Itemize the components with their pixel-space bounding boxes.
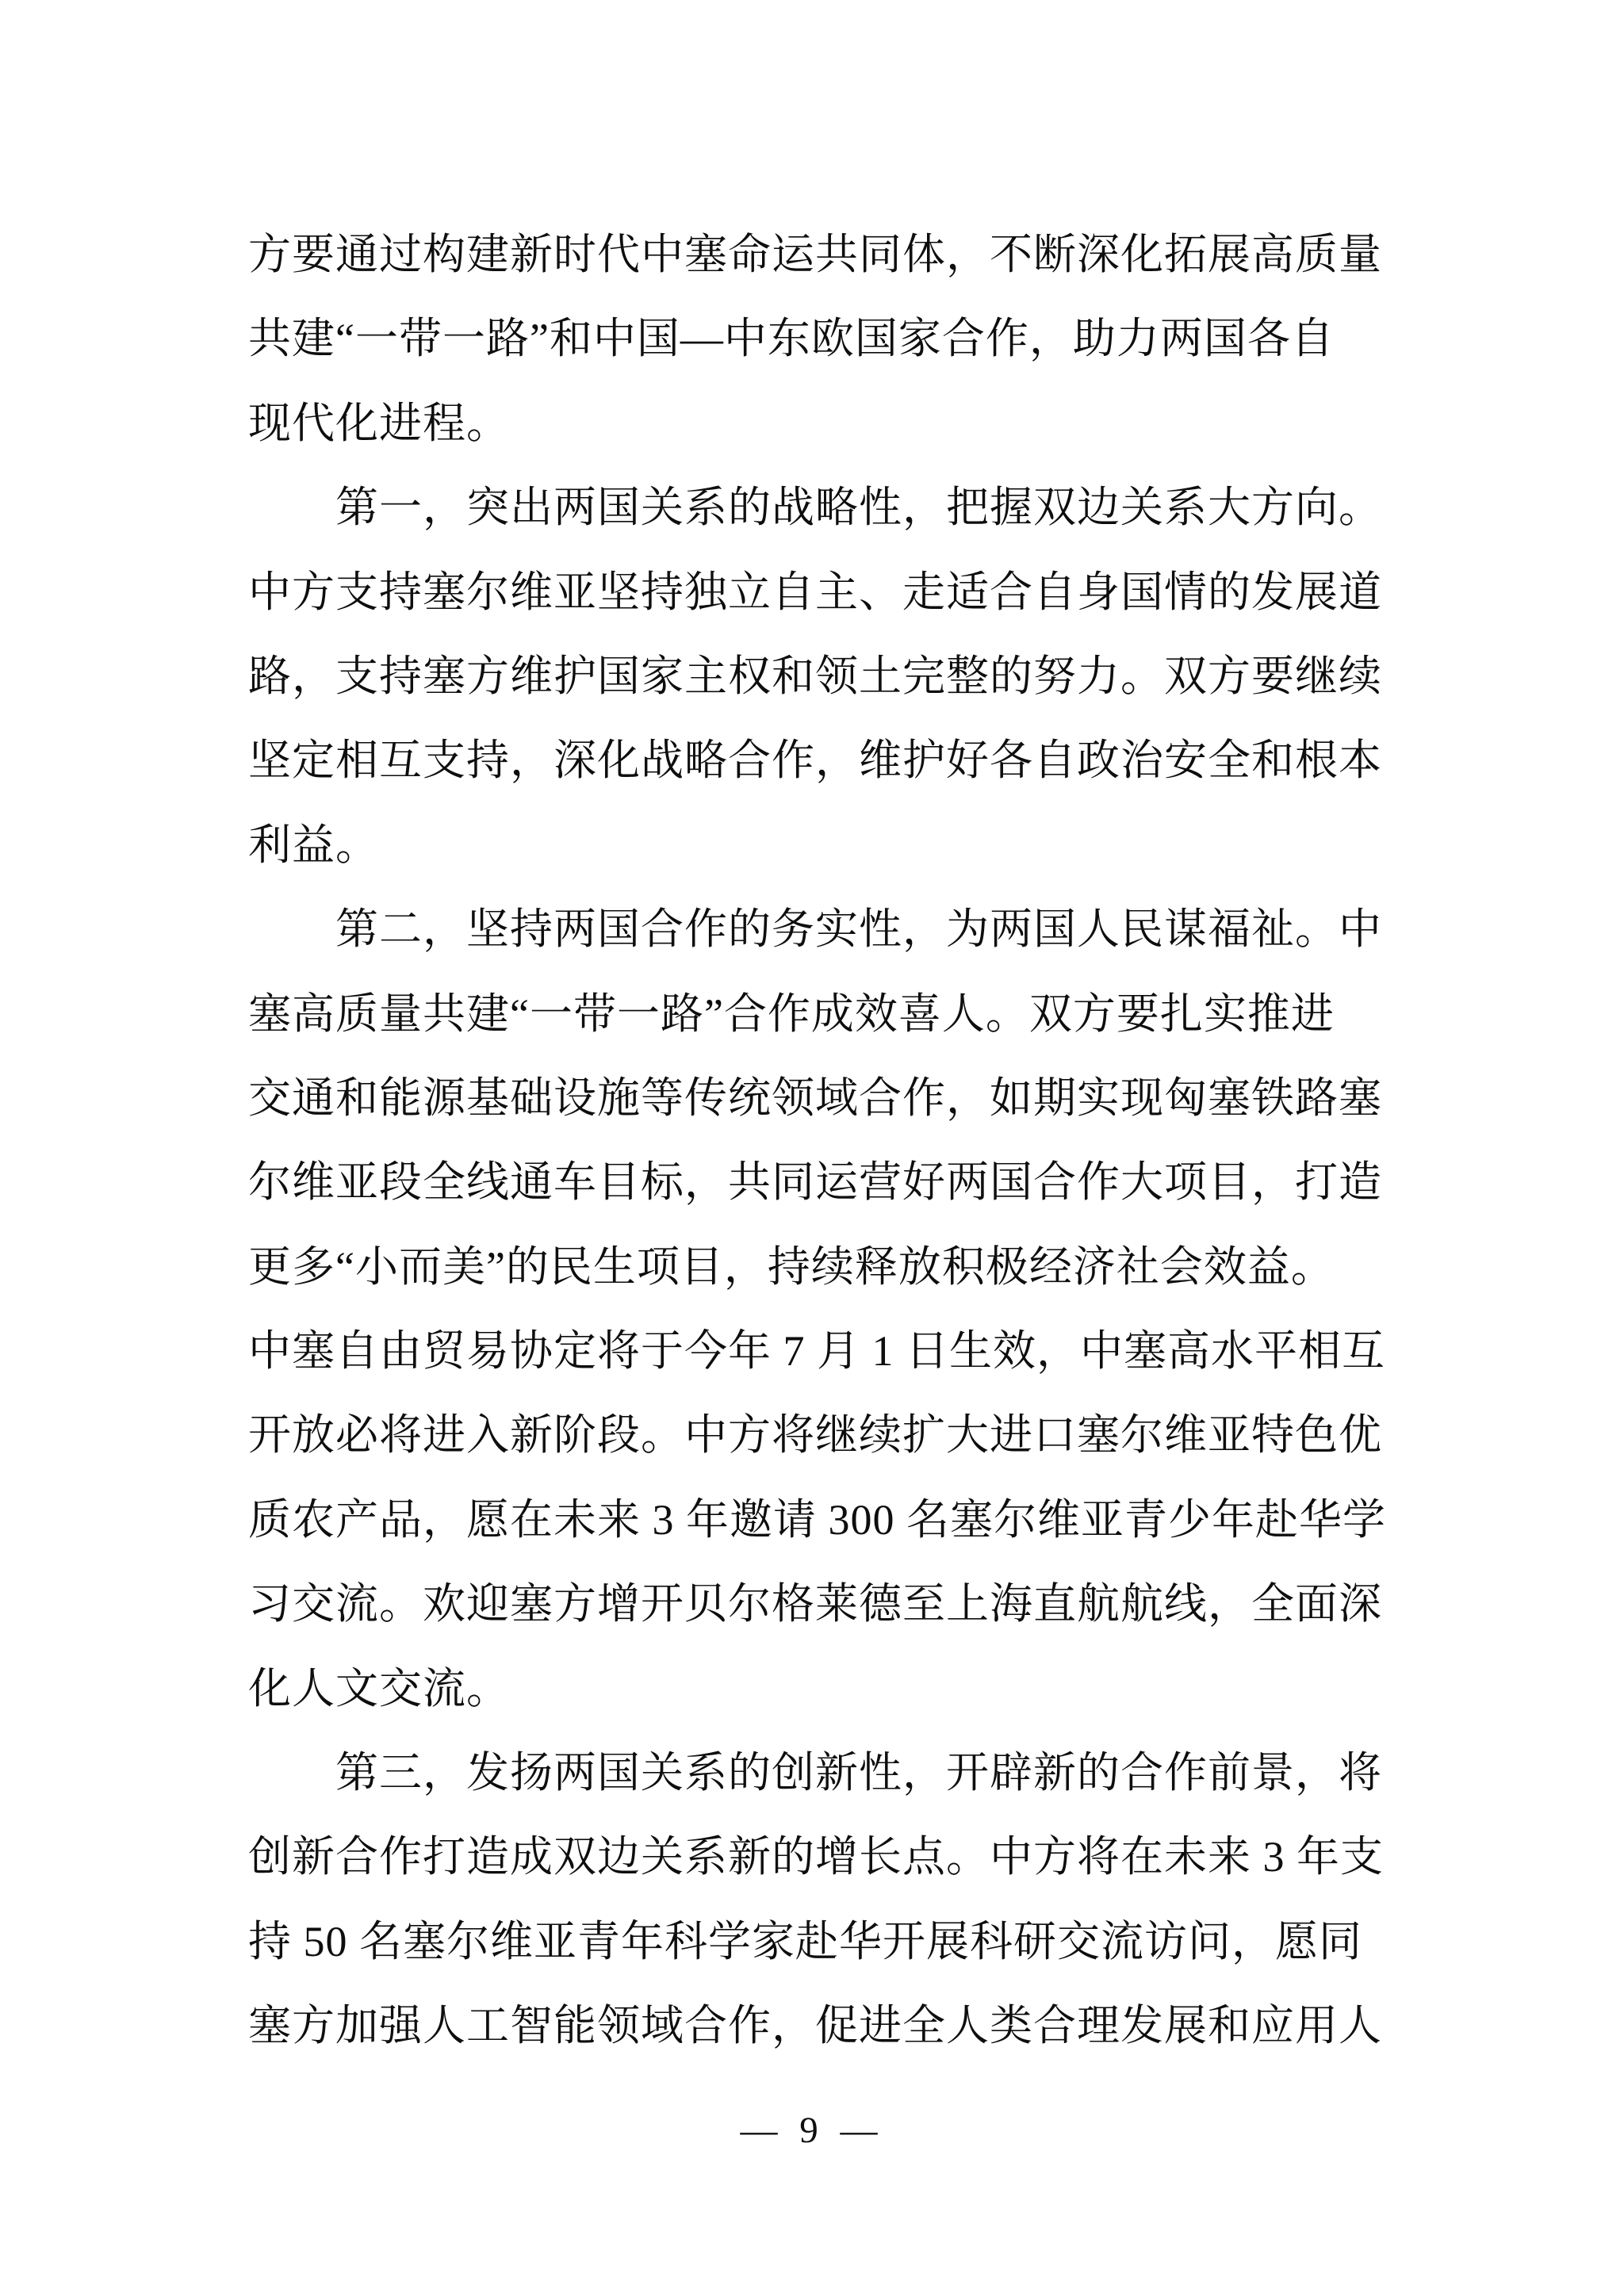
text-line: 更多“小而美”的民生项目，持续释放积极经济社会效益。 xyxy=(248,1225,1394,1309)
text-line: 路，支持塞方维护国家主权和领土完整的努力。双方要继续 xyxy=(248,634,1394,718)
text-line: 创新合作打造成双边关系新的增长点。中方将在未来 3 年支 xyxy=(248,1815,1394,1899)
paragraph-start-line: 第三，发扬两国关系的创新性，开辟新的合作前景，将 xyxy=(248,1731,1394,1815)
paragraph-start-line: 第二，坚持两国合作的务实性，为两国人民谋福祉。中 xyxy=(248,887,1394,971)
text-line: 习交流。欢迎塞方增开贝尔格莱德至上海直航航线，全面深 xyxy=(248,1562,1394,1646)
text-line: 坚定相互支持，深化战略合作，维护好各自政治安全和根本 xyxy=(248,718,1394,802)
text-line: 现代化进程。 xyxy=(248,381,1394,465)
page-number: — 9 — xyxy=(0,2105,1624,2156)
text-line: 化人文交流。 xyxy=(248,1647,1394,1731)
text-line: 交通和能源基础设施等传统领域合作，如期实现匈塞铁路塞 xyxy=(248,1056,1394,1140)
text-line: 中塞自由贸易协定将于今年 7 月 1 日生效，中塞高水平相互 xyxy=(248,1309,1394,1393)
text-line: 持 50 名塞尔维亚青年科学家赴华开展科研交流访问，愿同 xyxy=(248,1900,1394,1984)
document-page: 方要通过构建新时代中塞命运共同体，不断深化拓展高质量 共建“一带一路”和中国—中… xyxy=(0,0,1624,2296)
text-line: 开放必将进入新阶段。中方将继续扩大进口塞尔维亚特色优 xyxy=(248,1393,1394,1477)
text-line: 中方支持塞尔维亚坚持独立自主、走适合自身国情的发展道 xyxy=(248,550,1394,634)
text-line: 尔维亚段全线通车目标，共同运营好两国合作大项目，打造 xyxy=(248,1140,1394,1224)
text-line: 塞方加强人工智能领域合作，促进全人类合理发展和应用人 xyxy=(248,1984,1394,2068)
text-line: 方要通过构建新时代中塞命运共同体，不断深化拓展高质量 xyxy=(248,212,1394,297)
text-line: 共建“一带一路”和中国—中东欧国家合作，助力两国各自 xyxy=(248,297,1394,381)
paragraph-start-line: 第一，突出两国关系的战略性，把握双边关系大方向。 xyxy=(248,465,1394,549)
text-line: 塞高质量共建“一带一路”合作成效喜人。双方要扎实推进 xyxy=(248,972,1394,1056)
text-line: 利益。 xyxy=(248,803,1394,887)
body-text: 方要通过构建新时代中塞命运共同体，不断深化拓展高质量 共建“一带一路”和中国—中… xyxy=(248,212,1394,2068)
text-line: 质农产品，愿在未来 3 年邀请 300 名塞尔维亚青少年赴华学 xyxy=(248,1478,1394,1562)
